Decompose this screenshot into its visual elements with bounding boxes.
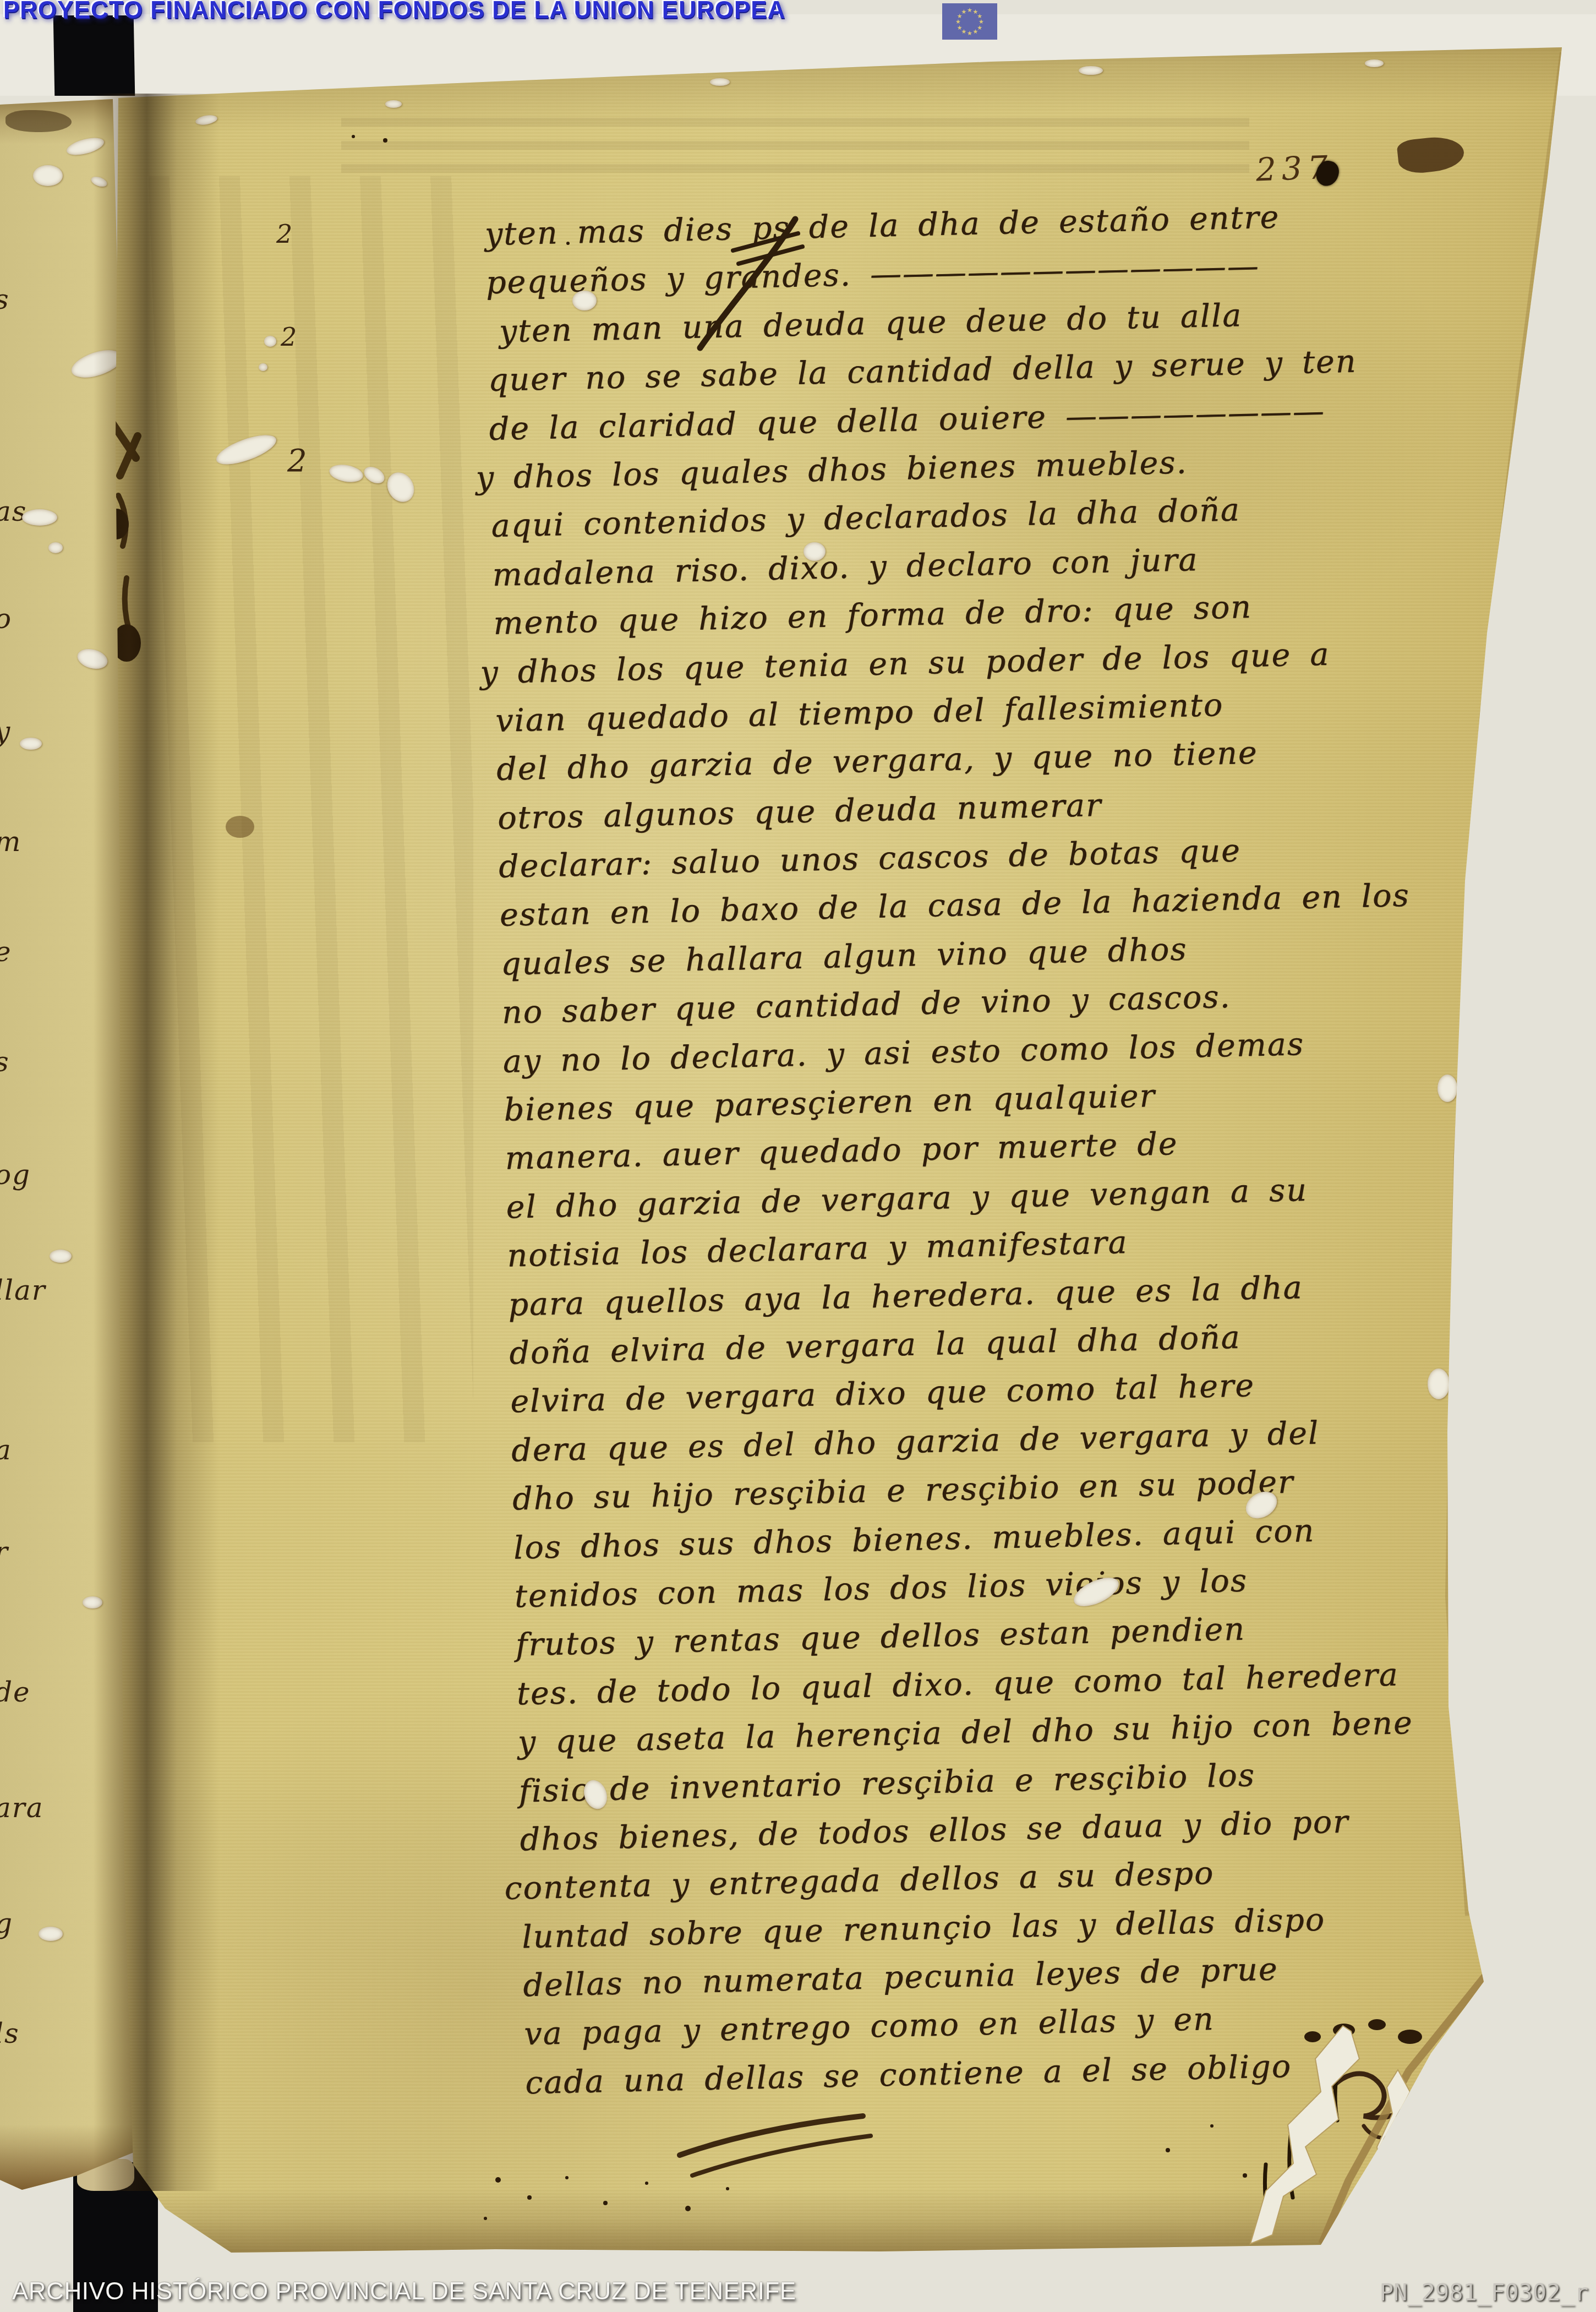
ink-stain	[1396, 134, 1466, 175]
ink-bleedthrough	[341, 105, 1249, 187]
footer-archive-name: ARCHIVO HISTÓRICO PROVINCIAL DE SANTA CR…	[12, 2278, 796, 2305]
svg-text:★: ★	[961, 8, 967, 15]
svg-text:★: ★	[973, 28, 979, 35]
worm-hole	[1438, 1075, 1457, 1102]
edge-fragment: ara	[0, 1792, 44, 1824]
edge-fragment: o	[0, 603, 12, 635]
edge-fragment: de	[0, 1676, 31, 1708]
worm-hole	[20, 738, 42, 750]
edge-fragment: e	[0, 936, 12, 968]
ink-stain	[6, 110, 72, 132]
edge-fragment: r	[0, 1536, 9, 1568]
svg-text:★: ★	[967, 30, 972, 37]
edge-fragment: y	[0, 716, 11, 748]
worm-hole	[259, 363, 267, 371]
worm-hole	[572, 291, 597, 310]
worm-hole	[22, 509, 57, 526]
eu-flag-icon: ★★★ ★★★ ★★★ ★★★	[942, 3, 997, 40]
header-title: PROYECTO FINANCIADO CON FONDOS DE LA UNI…	[3, 0, 785, 24]
margin-mark: 2	[281, 322, 297, 352]
manuscript-text: yten mas dies ps de la dha de estaño ent…	[484, 190, 1439, 2108]
manuscript-page: 237 2 2 2 yten mas dies ps de la dha de …	[0, 0, 1596, 2312]
edge-fragment: m	[0, 826, 21, 858]
svg-text:★: ★	[967, 7, 972, 14]
document-scan: s as o y m e s og llar a r de ara g ls	[0, 0, 1596, 2312]
footer-reference: PN_2981_F0302_r	[1380, 2279, 1588, 2306]
worm-hole	[48, 542, 63, 553]
worm-hole	[1428, 1368, 1450, 1399]
worm-hole	[710, 78, 730, 86]
edge-fragment: s	[0, 283, 10, 315]
worm-hole	[50, 1250, 72, 1263]
worm-hole	[264, 336, 276, 347]
worm-hole	[804, 542, 826, 561]
worm-hole	[39, 1927, 63, 1941]
page-torn-edge-bottom	[116, 2188, 1491, 2254]
edge-fragment: llar	[0, 1274, 46, 1306]
edge-fragment: og	[0, 1159, 31, 1191]
margin-mark: 2	[287, 443, 307, 479]
worm-hole	[1079, 66, 1103, 75]
worm-hole	[385, 100, 402, 108]
edge-fragment: s	[0, 1046, 10, 1078]
edge-fragment: as	[0, 495, 27, 527]
worm-hole	[33, 165, 63, 186]
edge-fragment: a	[0, 1434, 12, 1466]
edge-fragment: ls	[0, 2017, 20, 2049]
margin-mark: 2	[276, 219, 292, 249]
worm-hole	[1365, 59, 1384, 67]
edge-fragment: g	[0, 1907, 13, 1939]
binding-tape-top	[53, 15, 135, 96]
gutter-shadow	[94, 94, 220, 2191]
